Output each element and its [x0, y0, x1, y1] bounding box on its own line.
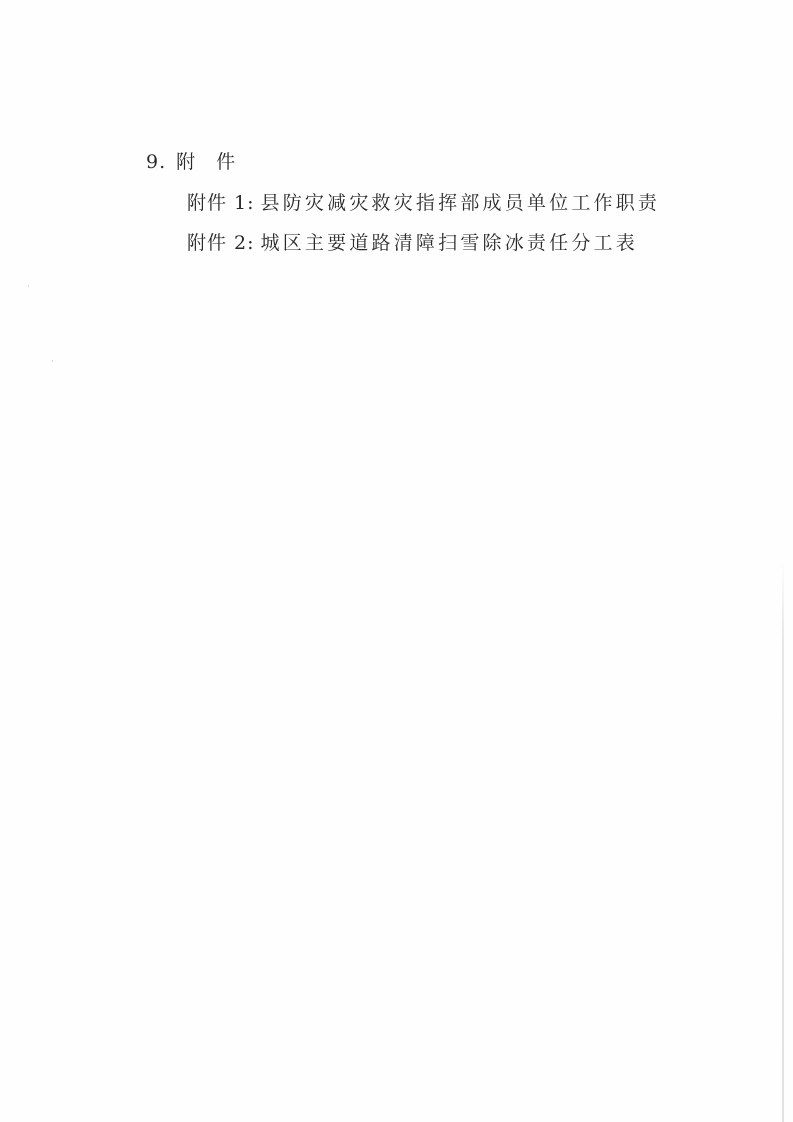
section-title-char-2: 件 — [216, 151, 236, 173]
scan-speck — [52, 360, 53, 362]
scan-speck — [28, 285, 29, 287]
attachment-title: 县防灾减灾救灾指挥部成员单位工作职责 — [261, 192, 661, 214]
attachment-item-2: 附件 2:城区主要道路清障扫雪除冰责任分工表 — [187, 228, 638, 255]
section-number: 9. — [146, 151, 166, 173]
section-heading-attachments: 9.附件 — [146, 147, 236, 174]
attachment-item-1: 附件 1:县防灾减灾救灾指挥部成员单位工作职责 — [187, 188, 660, 215]
scan-artifact-line — [782, 560, 784, 1122]
attachment-label: 附件 2: — [187, 232, 255, 254]
document-page: 9.附件 附件 1:县防灾减灾救灾指挥部成员单位工作职责 附件 2:城区主要道路… — [0, 0, 793, 1122]
section-title-char-1: 附 — [176, 151, 196, 173]
attachment-label: 附件 1: — [187, 192, 255, 214]
attachment-title: 城区主要道路清障扫雪除冰责任分工表 — [261, 232, 638, 254]
